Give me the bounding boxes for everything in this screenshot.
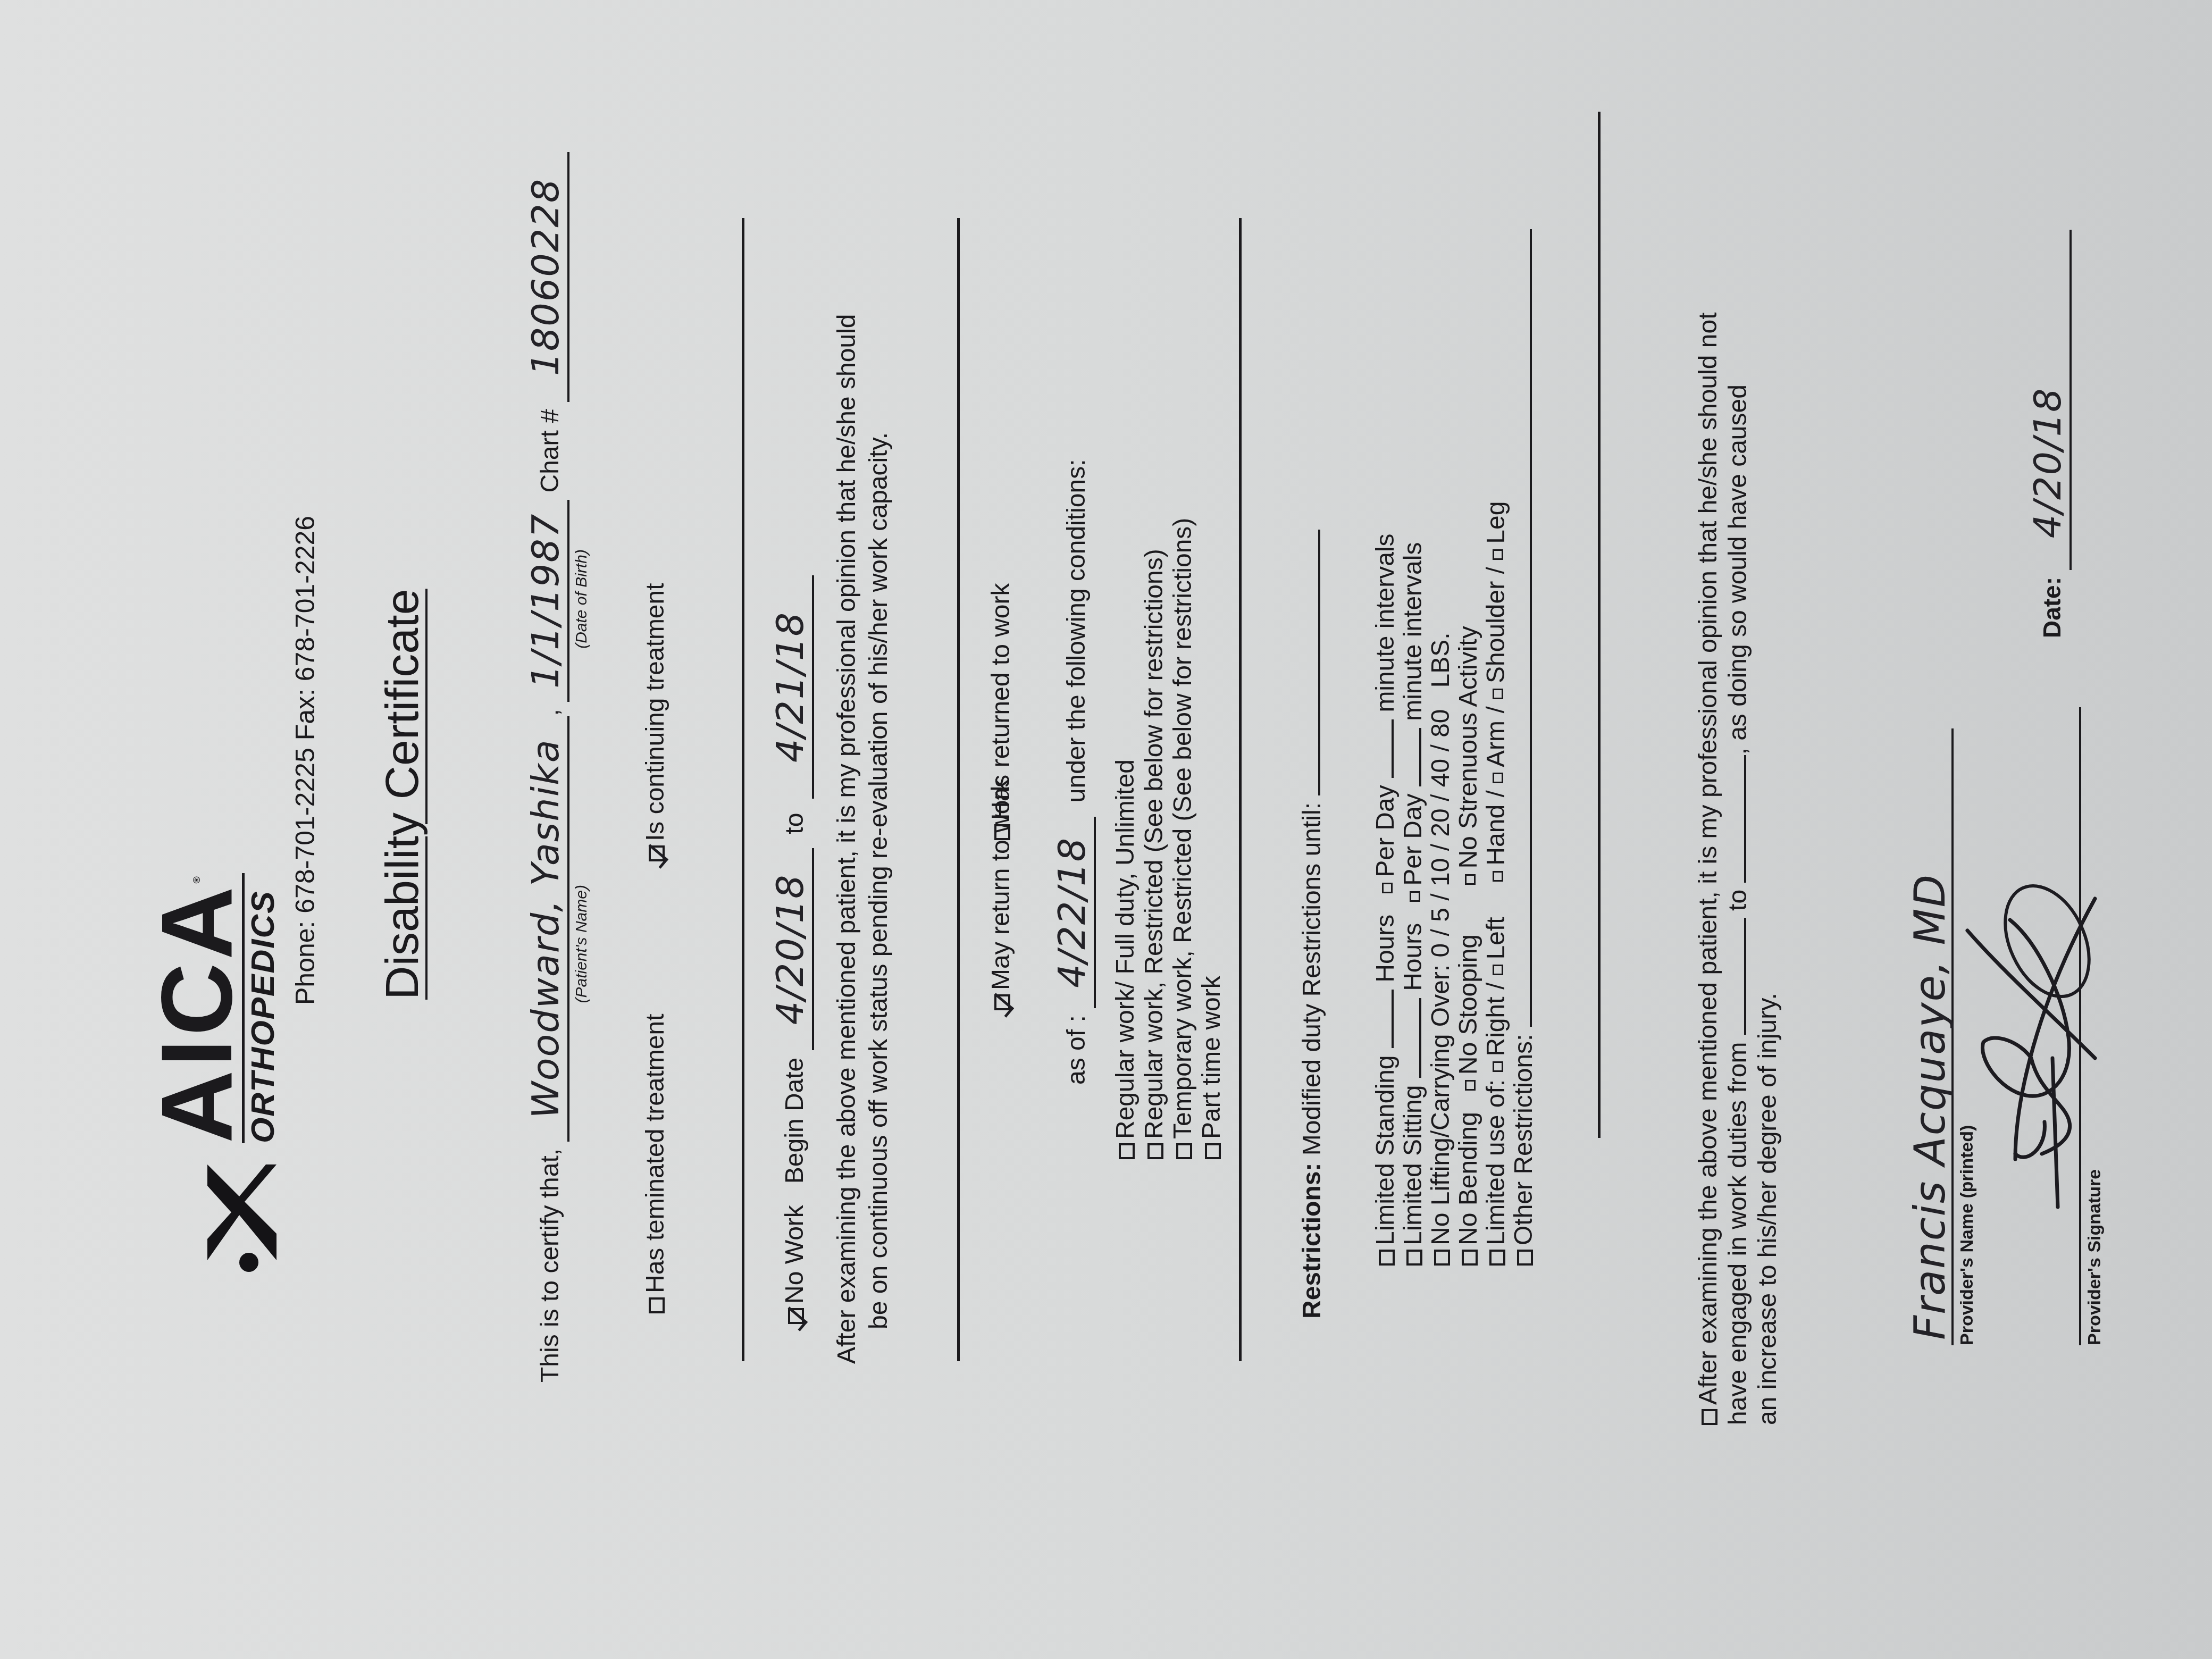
- restrictions-heading: Restrictions: Modified duty Restrictions…: [1297, 530, 1327, 1319]
- chart-number-field[interactable]: 18060228: [524, 152, 569, 402]
- option-regular-full[interactable]: Regular work/ Full duty, Unlimited: [1111, 518, 1140, 1159]
- logo-wordmark: AICA®: [152, 873, 242, 1143]
- date-field[interactable]: 4/20/18: [2026, 230, 2072, 570]
- chart-label: Chart #: [536, 409, 564, 492]
- treatment-terminated[interactable]: Has teminated treatment: [641, 1013, 670, 1313]
- checkbox[interactable]: [1493, 773, 1503, 783]
- option-part-time[interactable]: Part time work: [1197, 518, 1226, 1159]
- checkbox[interactable]: [1147, 1143, 1163, 1159]
- no-work-statement: be on continuous off work status pending…: [864, 432, 893, 1329]
- limited-sitting-row: Limited Sitting Hours Per Day minute int…: [1400, 229, 1427, 1266]
- checkbox[interactable]: [1379, 1250, 1395, 1266]
- option-temporary-restricted[interactable]: Temporary work, Restricted (See below fo…: [1169, 518, 1197, 1159]
- restrictions-list: Limited Standing Hours Per Day minute in…: [1372, 229, 1538, 1266]
- logo-subtitle: ORTHOPEDICS: [242, 873, 282, 1143]
- checkbox[interactable]: [1434, 1250, 1450, 1266]
- dob-caption: (Date of Birth): [573, 549, 591, 649]
- checkbox[interactable]: [1119, 1143, 1135, 1159]
- date-label: Date:: [2038, 577, 2066, 638]
- provider-signature-field[interactable]: [2015, 707, 2081, 1345]
- retroactive-statement: After examining the above mentioned pati…: [1694, 312, 1783, 1425]
- no-work-checkbox[interactable]: [788, 1308, 804, 1324]
- date-row: Date: 4/20/18: [2026, 230, 2072, 638]
- checkbox[interactable]: [1493, 871, 1503, 882]
- checkbox[interactable]: [649, 1297, 665, 1313]
- certify-line: This is to certify that, Woodward, Yashi…: [524, 152, 569, 1382]
- checkbox[interactable]: [1205, 1143, 1221, 1159]
- logo: AICA® ORTHOPEDICS: [122, 873, 282, 1276]
- divider: [742, 218, 744, 1361]
- retroactive-checkbox[interactable]: [1702, 1409, 1717, 1425]
- has-returned-option[interactable]: Has returned to work: [986, 583, 1016, 840]
- standing-hours-field[interactable]: [1392, 990, 1394, 1048]
- checkbox[interactable]: [1493, 549, 1503, 560]
- end-date-field[interactable]: 4/21/18: [768, 575, 814, 799]
- checkbox-checked[interactable]: [994, 994, 1010, 1010]
- no-lifting-row: No Lifting/Carrying Over: 0 / 5 / 10 / 2…: [1427, 229, 1455, 1266]
- checkbox[interactable]: [1493, 1061, 1503, 1072]
- signature-scribble-icon: [1946, 845, 2106, 1218]
- contact-info: Phone: 678-701-2225 Fax: 678-701-2226: [290, 516, 321, 1005]
- aica-figure-icon: [175, 1149, 282, 1276]
- checkbox[interactable]: [1465, 874, 1476, 885]
- checkbox[interactable]: [1406, 1250, 1422, 1266]
- limited-use-row: Limited use of: Right / Left Hand / Arm …: [1482, 229, 1510, 1266]
- dob-field[interactable]: 1/1/1987 (Date of Birth): [524, 500, 569, 702]
- provider-signature-label: Provider's Signature: [2084, 1169, 2105, 1345]
- checkbox[interactable]: [1410, 891, 1420, 902]
- checkbox[interactable]: [1465, 1080, 1476, 1091]
- checkbox[interactable]: [994, 824, 1010, 840]
- checkbox[interactable]: [1493, 689, 1503, 699]
- paper-sheet: [0, 0, 2212, 1659]
- no-work-row: No Work Begin Date 4/20/18 to 4/21/18: [768, 575, 814, 1324]
- checkbox[interactable]: [1517, 1250, 1533, 1266]
- checkbox[interactable]: [1493, 965, 1503, 975]
- option-regular-restricted[interactable]: Regular work, Restricted (See below for …: [1140, 518, 1169, 1159]
- retro-from-field[interactable]: [1744, 918, 1746, 1035]
- bending-stooping-row: No Bending No Stooping No Strenuous Acti…: [1455, 229, 1482, 1266]
- divider: [1239, 218, 1242, 1361]
- begin-date-field[interactable]: 4/20/18: [768, 848, 814, 1050]
- disability-certificate-page: AICA® ORTHOPEDICS Phone: 678-701-2225 Fa…: [0, 0, 2212, 1659]
- other-restrictions-row: Other Restrictions:: [1510, 229, 1538, 1266]
- patient-name-field[interactable]: Woodward, Yashika (Patient's Name): [524, 716, 569, 1142]
- no-work-statement: After examining the above mentioned pati…: [832, 314, 861, 1364]
- other-restrictions-line: [1598, 112, 1601, 1138]
- document-title: Disability Certificate: [375, 589, 429, 1000]
- as-of-row: as of : 4/22/18 under the following cond…: [1050, 459, 1096, 1085]
- restrictions-until-field[interactable]: [1318, 530, 1320, 795]
- checkbox[interactable]: [1489, 1250, 1505, 1266]
- other-restrictions-field[interactable]: [1530, 229, 1532, 1027]
- standing-interval-field[interactable]: [1392, 719, 1394, 778]
- treatment-continuing[interactable]: Is continuing treatment: [641, 583, 670, 861]
- limited-standing-row: Limited Standing Hours Per Day minute in…: [1372, 229, 1400, 1266]
- lifting-weights[interactable]: 0 / 5 / 10 / 20 / 40 / 80: [1427, 709, 1455, 957]
- certify-prefix: This is to certify that,: [536, 1149, 564, 1382]
- divider: [957, 218, 960, 1361]
- checkbox-checked[interactable]: [649, 845, 665, 861]
- patient-name-caption: (Patient's Name): [573, 885, 591, 1003]
- checkbox[interactable]: [1462, 1250, 1478, 1266]
- retro-to-field[interactable]: [1744, 755, 1746, 883]
- as-of-date-field[interactable]: 4/22/18: [1050, 817, 1096, 1008]
- sitting-hours-field[interactable]: [1419, 998, 1421, 1078]
- checkbox[interactable]: [1382, 883, 1393, 893]
- return-options-list: Regular work/ Full duty, Unlimited Regul…: [1111, 518, 1226, 1159]
- sitting-interval-field[interactable]: [1419, 728, 1421, 786]
- checkbox[interactable]: [1176, 1143, 1192, 1159]
